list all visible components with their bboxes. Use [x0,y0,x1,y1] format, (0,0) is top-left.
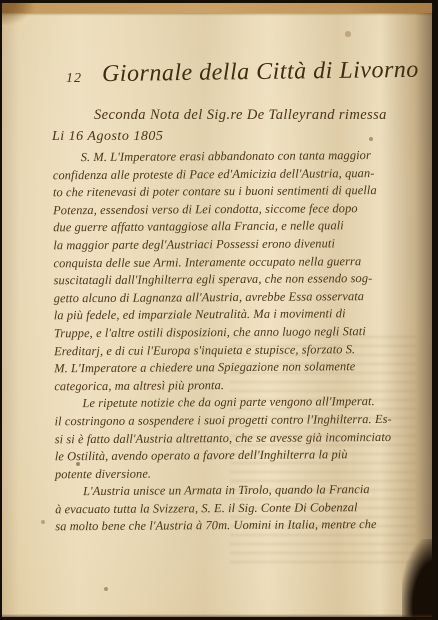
manuscript-line: to che ritenevasi di poter contare su i … [53,182,423,202]
book-photo-frame: 12 Giornale della Città di Livorno Secon… [0,0,438,620]
page-bottom-edge [2,614,432,617]
manuscript-line: il costringono a sospendere i suoi proge… [54,411,424,431]
manuscript-line: si si è fatto dall'Austria altrettanto, … [55,428,425,448]
page-top-edge [2,3,432,13]
manuscript-page: 12 Giornale della Città di Livorno Secon… [2,3,432,617]
document-subtitle: Seconda Nota del Sig.re De Talleyrand ri… [94,107,414,124]
manuscript-body: S. M. L'Imperatore erasi abbandonato con… [53,147,426,537]
page-number: 12 [66,71,82,87]
binding-shadow [402,539,436,620]
page-title: Giornale della Città di Livorno [102,57,412,88]
manuscript-line: sa molto bene che l'Austria à 70m. Uomin… [55,516,425,536]
date-line: Li 16 Agosto 1805 [52,129,163,145]
corner-stain [2,3,32,25]
manuscript-line: L'Austria unisce un Armata in Tirolo, qu… [55,481,425,501]
manuscript-line: S. M. L'Imperatore erasi abbandonato con… [53,147,423,167]
manuscript-line: suscitatagli dall'Inghilterra egli spera… [54,270,424,290]
paper-speckles [2,3,4,5]
